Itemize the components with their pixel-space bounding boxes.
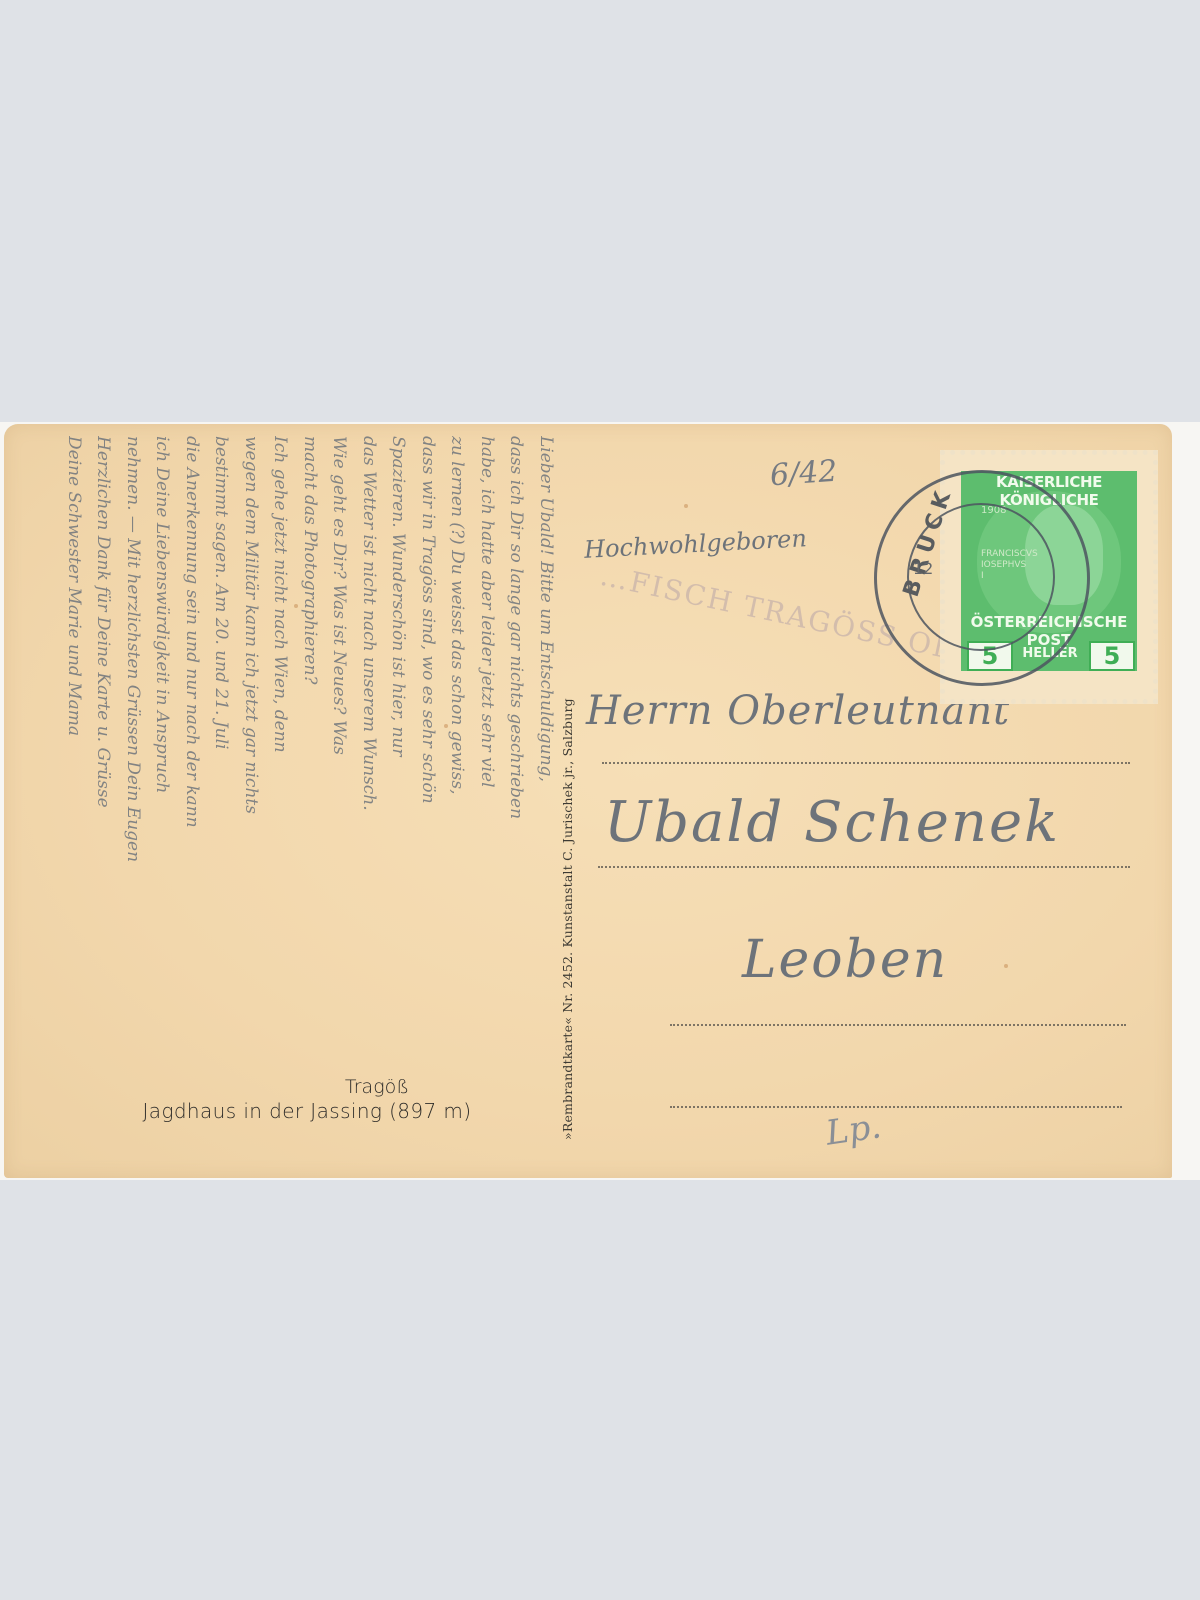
- publisher-imprint: »Rembrandtkarte« Nr. 2452. Kunstanstalt …: [560, 698, 575, 1140]
- message-line: macht das Photographieren?: [295, 436, 325, 1166]
- address-line-2: Ubald Schenek: [604, 790, 1060, 855]
- message-line: das Wetter ist nicht nach unserem Wunsch…: [354, 436, 384, 1166]
- message-line: bestimmt sagen. Am 20. und 21. Juli: [206, 436, 236, 1166]
- address-rule: [670, 1024, 1126, 1026]
- archive-number: 6/42: [769, 454, 839, 494]
- message-line: dass wir in Tragöss sind, wo es sehr sch…: [413, 436, 443, 1166]
- message-line: zu lernen (?) Du weisst das schon gewiss…: [442, 436, 472, 1166]
- message-line: Ich gehe jetzt nicht nach Wien, denn: [265, 436, 295, 1166]
- address-rule: [598, 866, 1130, 868]
- address-line-3: Leoben: [742, 930, 948, 990]
- message-line: Lieber Ubald! Bitte um Entschuldigung,: [531, 436, 561, 1166]
- address-rule: [602, 762, 1130, 764]
- message-line: die Anerkennung sein und nur nach der ka…: [177, 436, 207, 1166]
- postmark: BRUCK 12: [874, 470, 1090, 686]
- address-rule: [670, 1106, 1122, 1108]
- stamp-value-right: 5: [1089, 641, 1135, 671]
- caption-subtitle: Jagdhaus in der Jassing (897 m): [72, 1099, 542, 1123]
- message-line: Spazieren. Wunderschön ist hier, nur: [383, 436, 413, 1166]
- message-line: habe, ich hatte aber leider jetzt sehr v…: [472, 436, 502, 1166]
- paper-speck: [684, 504, 688, 508]
- message-line: Deine Schwester Marie und Mama: [59, 436, 89, 1166]
- handwritten-message: Lieber Ubald! Bitte um Entschuldigung, d…: [59, 436, 561, 1166]
- message-line: nehmen. — Mit herzlichsten Grüssen Dein …: [118, 436, 148, 1166]
- postmark-date: 12: [913, 559, 933, 578]
- message-line: Herzlichen Dank für Deine Karte u. Grüss…: [88, 436, 118, 1166]
- paper-speck: [1004, 964, 1008, 968]
- message-line: ich Deine Liebenswürdigkeit in Anspruch: [147, 436, 177, 1166]
- caption-place: Tragöß: [212, 1076, 542, 1098]
- message-line: wegen dem Militär kann ich jetzt gar nic…: [236, 436, 266, 1166]
- message-line: dass ich Dir so lange gar nichts geschri…: [501, 436, 531, 1166]
- message-line: Wie geht es Dir? Was ist Neues? Was: [324, 436, 354, 1166]
- picture-caption: Tragöß Jagdhaus in der Jassing (897 m): [72, 1076, 542, 1123]
- pencil-initials: Lp.: [823, 1106, 883, 1153]
